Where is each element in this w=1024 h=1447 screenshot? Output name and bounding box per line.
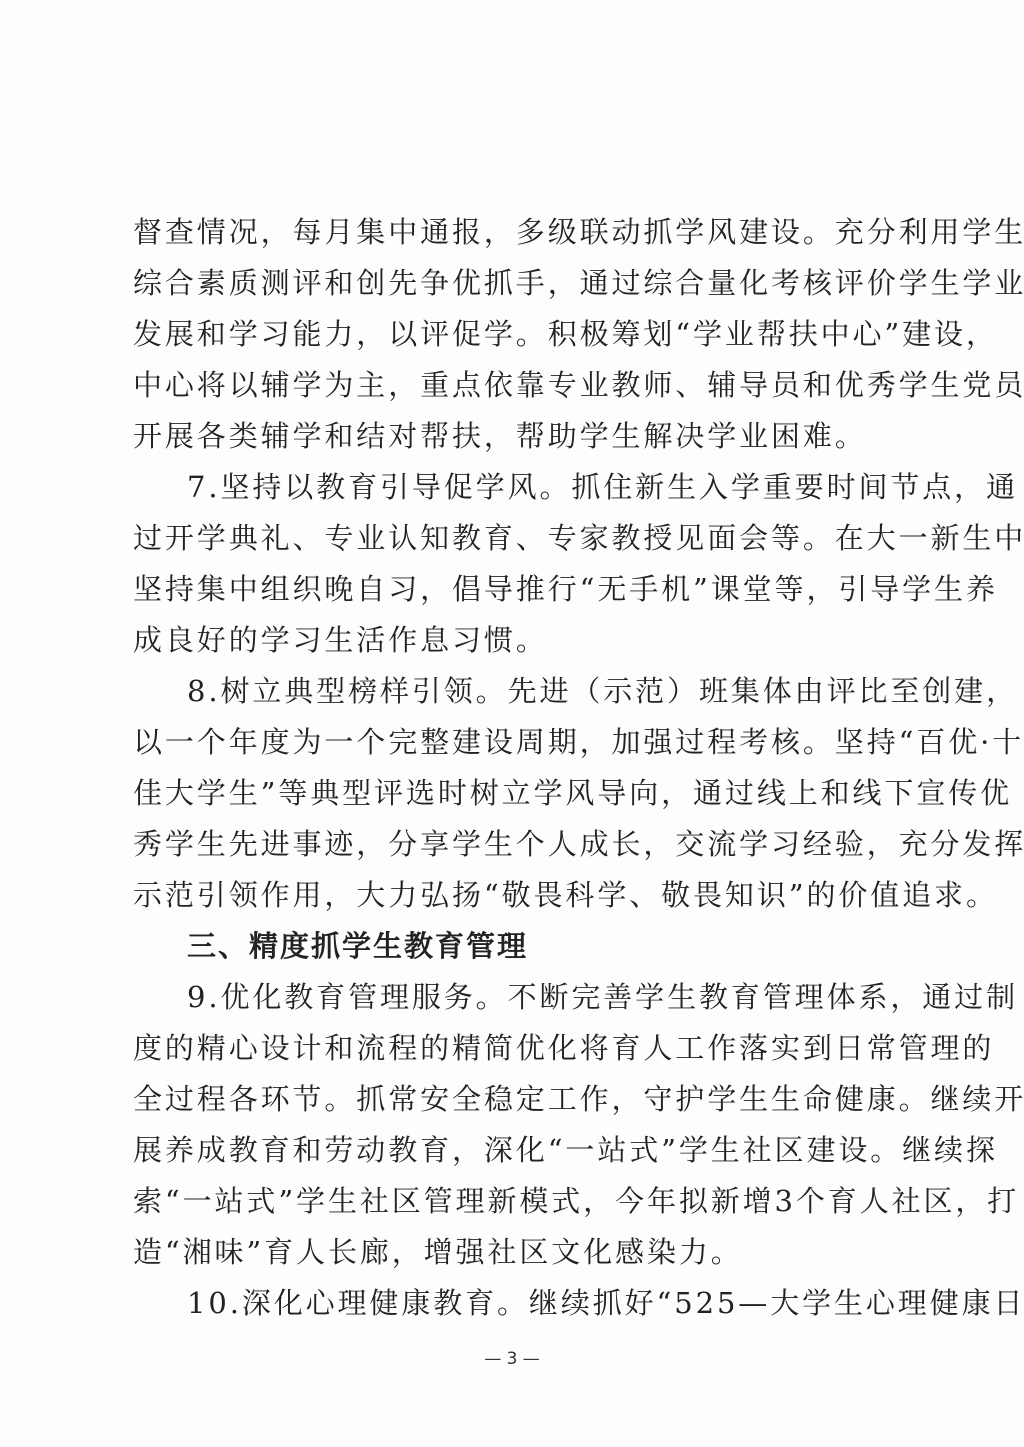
item-10-heading-line: 10.深化心理健康教育。继续抓好“525—大学生心理健康日” <box>187 1283 903 1323</box>
paragraph-line: 秀学生先进事迹，分享学生个人成长，交流学习经验，充分发挥 <box>133 824 903 864</box>
paragraph-line: 成良好的学习生活作息习惯。 <box>133 620 903 660</box>
paragraph-line: 发展和学习能力，以评促学。积极筹划“学业帮扶中心”建设， <box>133 314 903 354</box>
paragraph-line: 开展各类辅学和结对帮扶，帮助学生解决学业困难。 <box>133 416 903 456</box>
paragraph-line: 造“湘味”育人长廊，增强社区文化感染力。 <box>133 1232 903 1272</box>
paragraph-line: 综合素质测评和创先争优抓手，通过综合量化考核评价学生学业 <box>133 263 903 303</box>
paragraph-line: 中心将以辅学为主，重点依靠专业教师、辅导员和优秀学生党员 <box>133 365 903 405</box>
paragraph-line: 展养成教育和劳动教育，深化“一站式”学生社区建设。继续探 <box>133 1130 903 1170</box>
item-8-heading-line: 8.树立典型榜样引领。先进（示范）班集体由评比至创建， <box>187 671 903 711</box>
section-heading: 三、精度抓学生教育管理 <box>187 926 528 966</box>
paragraph-line: 以一个年度为一个完整建设周期，加强过程考核。坚持“百优·十 <box>133 722 903 762</box>
paragraph-line: 过开学典礼、专业认知教育、专家教授见面会等。在大一新生中 <box>133 518 903 558</box>
paragraph-line: 督查情况，每月集中通报，多级联动抓学风建设。充分利用学生 <box>133 212 903 252</box>
paragraph-line: 佳大学生”等典型评选时树立学风导向，通过线上和线下宣传优 <box>133 773 903 813</box>
paragraph-line: 索“一站式”学生社区管理新模式，今年拟新增3个育人社区，打 <box>133 1181 903 1221</box>
document-page: 督查情况，每月集中通报，多级联动抓学风建设。充分利用学生 综合素质测评和创先争优… <box>0 0 1024 1447</box>
paragraph-line: 示范引领作用，大力弘扬“敬畏科学、敬畏知识”的价值追求。 <box>133 875 903 915</box>
paragraph-line: 全过程各环节。抓常安全稳定工作，守护学生生命健康。继续开 <box>133 1079 903 1119</box>
paragraph-line: 度的精心设计和流程的精简优化将育人工作落实到日常管理的 <box>133 1028 903 1068</box>
item-7-heading-line: 7.坚持以教育引导促学风。抓住新生入学重要时间节点，通 <box>187 467 903 507</box>
page-number: — 3 — <box>0 1349 1024 1369</box>
item-9-heading-line: 9.优化教育管理服务。不断完善学生教育管理体系，通过制 <box>187 977 903 1017</box>
paragraph-line: 坚持集中组织晚自习，倡导推行“无手机”课堂等，引导学生养 <box>133 569 903 609</box>
